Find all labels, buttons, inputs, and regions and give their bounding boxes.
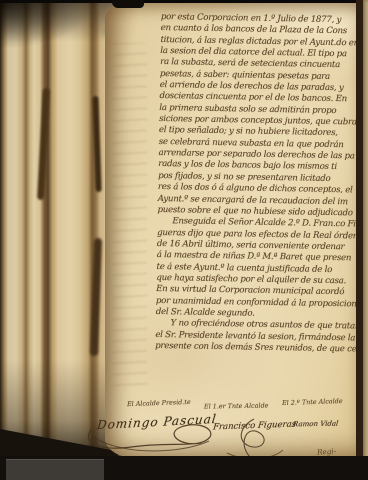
manuscript-line: presente con los demás Sres reunidos, de… — [155, 341, 355, 356]
next-page-edge — [363, 0, 368, 458]
signature-title-segundo-teniente: El 2.º Tnte Alcalde — [282, 397, 343, 407]
signature-flourish-left — [83, 408, 219, 456]
manuscript-text-block: por esta Corporacion en 1.º Julio de 187… — [155, 12, 361, 387]
showthrough-text-ghost — [113, 43, 147, 393]
signature-flourish-middle — [217, 417, 289, 461]
signature-title-alcalde-presidente: El Alcalde Presid.te — [127, 398, 191, 408]
manuscript-book-scan: por esta Corporacion en 1.º Julio de 187… — [0, 0, 368, 480]
scan-top-edge — [0, 0, 368, 3]
manuscript-page: por esta Corporacion en 1.º Julio de 187… — [105, 3, 362, 458]
table-surface — [6, 459, 104, 480]
binding-top-notch — [112, 0, 144, 8]
signature-name-ramon-vidal: Ramon Vidal — [293, 420, 339, 429]
